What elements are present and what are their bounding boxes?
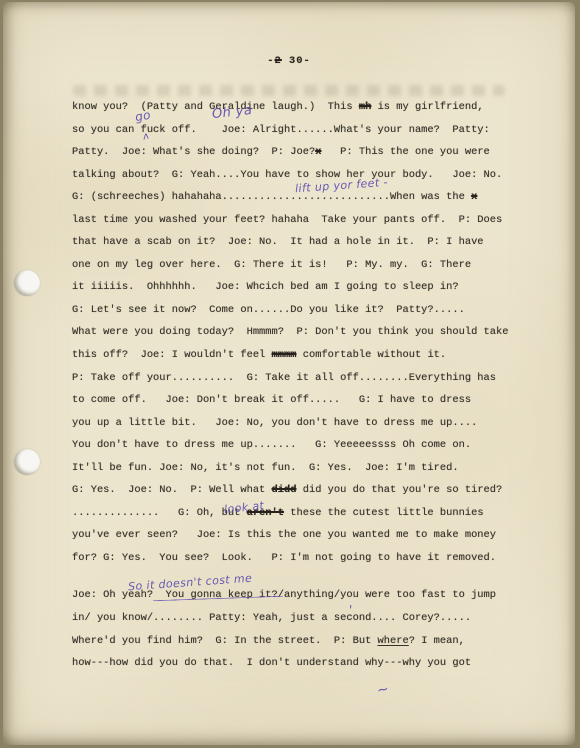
typed-segment: did you do that you're so tired? bbox=[297, 484, 503, 496]
typed-line: It'll be fun. Joe: No, it's not fun. G: … bbox=[72, 462, 542, 485]
typed-segment: that have a scab on it? Joe: No. It had … bbox=[72, 236, 484, 248]
typed-line: G: Yes. Joe: No. P: Well what didd did y… bbox=[72, 484, 542, 507]
typed-line: one on my leg over here. G: There it is!… bbox=[72, 259, 542, 282]
typed-segment: .............. G: Oh, but bbox=[72, 507, 247, 519]
typed-line: G: (schreeches) hahahaha................… bbox=[72, 191, 542, 214]
typed-line: know you? (Patty and Geraldine laugh.) T… bbox=[72, 101, 542, 124]
typed-segment: how---how did you do that. I don't under… bbox=[72, 657, 471, 669]
typed-text-block: know you? (Patty and Geraldine laugh.) T… bbox=[72, 101, 542, 680]
typed-line: so you can fuck off. Joe: Alright......W… bbox=[72, 124, 542, 147]
typed-segment: to come off. Joe: Don't break it off....… bbox=[72, 394, 471, 406]
typed-line: you up a little bit. Joe: No, you don't … bbox=[72, 417, 542, 440]
typed-line: how---how did you do that. I don't under… bbox=[72, 657, 542, 680]
typed-segment: It'll be fun. Joe: No, it's not fun. G: … bbox=[72, 462, 459, 474]
typed-segment: know you? (Patty and Geraldine laugh.) T… bbox=[72, 101, 359, 113]
typed-segment: P: This the one you were bbox=[321, 146, 489, 158]
ink-bleed-through bbox=[73, 85, 505, 96]
typed-segment: aren't bbox=[247, 507, 284, 519]
hole-punch-top bbox=[14, 270, 40, 296]
typed-line: to come off. Joe: Don't break it off....… bbox=[72, 394, 542, 417]
typed-segment: didd bbox=[272, 484, 297, 496]
typed-line: P: Take off your.......... G: Take it al… bbox=[72, 372, 542, 395]
typed-line: Where'd you find him? G: In the street. … bbox=[72, 635, 542, 658]
typed-segment: comfortable without it. bbox=[297, 349, 447, 361]
typed-segment: this off? Joe: I wouldn't feel bbox=[72, 349, 272, 361]
typed-line: it iiiiis. Ohhhhhh. Joe: Whcich bed am I… bbox=[72, 281, 542, 304]
typed-segment: P: Take off your.......... G: Take it al… bbox=[72, 372, 496, 384]
typed-line: this off? Joe: I wouldn't feel mmmm comf… bbox=[72, 349, 542, 372]
typed-line: in/ you know/........ Patty: Yeah, just … bbox=[72, 612, 542, 635]
typed-line: talking about? G: Yeah....You have to sh… bbox=[72, 169, 542, 192]
typed-line: G: Let's see it now? Come on......Do you… bbox=[72, 304, 542, 327]
typed-line: that have a scab on it? Joe: No. It had … bbox=[72, 236, 542, 259]
typed-line: Patty. Joe: What's she doing? P: Joe?x P… bbox=[72, 146, 542, 169]
typed-line: You don't have to dress me up....... G: … bbox=[72, 439, 542, 462]
hole-punch-bottom bbox=[14, 449, 40, 475]
typed-segment: x bbox=[471, 191, 477, 203]
typed-segment: it iiiiis. Ohhhhhh. Joe: Whcich bed am I… bbox=[72, 281, 459, 293]
typed-segment: you up a little bit. Joe: No, you don't … bbox=[72, 417, 477, 429]
typed-line: for? G: Yes. You see? Look. P: I'm not g… bbox=[72, 552, 542, 575]
typed-segment: in/ you know/........ Patty: Yeah, just … bbox=[72, 612, 471, 624]
typed-segment: these the cutest little bunnies bbox=[284, 507, 484, 519]
typed-segment: last time you washed your feet? hahaha T… bbox=[72, 214, 502, 226]
typed-line: you've ever seen? Joe: Is this the one y… bbox=[72, 529, 542, 552]
typed-segment: talking about? G: Yeah....You have to sh… bbox=[72, 169, 502, 181]
typed-segment: G: (schreeches) hahahaha................… bbox=[72, 191, 471, 203]
typed-segment: ? I mean, bbox=[409, 635, 465, 647]
typed-segment: G: Let's see it now? Come on......Do you… bbox=[72, 304, 465, 316]
typed-segment: Where'd you find him? G: In the street. … bbox=[72, 635, 378, 647]
page-number-segment: - bbox=[267, 55, 274, 67]
document-page: -2 30- know you? (Patty and Geraldine la… bbox=[3, 2, 575, 745]
typed-segment: Joe: Oh yeah? You gonna keep it?/anythin… bbox=[72, 589, 496, 601]
typed-line: .............. G: Oh, but aren't these t… bbox=[72, 507, 542, 530]
typed-line: Joe: Oh yeah? You gonna keep it?/anythin… bbox=[72, 589, 542, 612]
typed-segment: one on my leg over here. G: There it is!… bbox=[72, 259, 471, 271]
page-number-segment: 30- bbox=[282, 55, 311, 67]
typed-segment: mmmm bbox=[272, 349, 297, 361]
typed-segment: so you can fuck off. Joe: Alright......W… bbox=[72, 124, 490, 136]
typed-line: last time you washed your feet? hahaha T… bbox=[72, 214, 542, 237]
typed-segment: Patty. Joe: What's she doing? P: Joe? bbox=[72, 146, 315, 158]
typed-line: What were you doing today? Hmmmm? P: Don… bbox=[72, 326, 542, 349]
page-number-segment: 2 bbox=[275, 55, 282, 67]
typed-segment: where bbox=[378, 635, 409, 647]
typed-segment: mh bbox=[359, 101, 371, 113]
typed-segment: you've ever seen? Joe: Is this the one y… bbox=[72, 529, 496, 541]
typed-segment: for? G: Yes. You see? Look. P: I'm not g… bbox=[72, 552, 496, 564]
typed-segment: You don't have to dress me up....... G: … bbox=[72, 439, 471, 451]
page-number: -2 30- bbox=[3, 55, 575, 67]
typed-segment: G: Yes. Joe: No. P: Well what bbox=[72, 484, 272, 496]
pen-squiggle: ~ bbox=[375, 681, 390, 699]
typed-segment: is my girlfriend, bbox=[371, 101, 483, 113]
scanned-document: -2 30- know you? (Patty and Geraldine la… bbox=[0, 0, 580, 748]
typed-segment: What were you doing today? Hmmmm? P: Don… bbox=[72, 326, 508, 338]
